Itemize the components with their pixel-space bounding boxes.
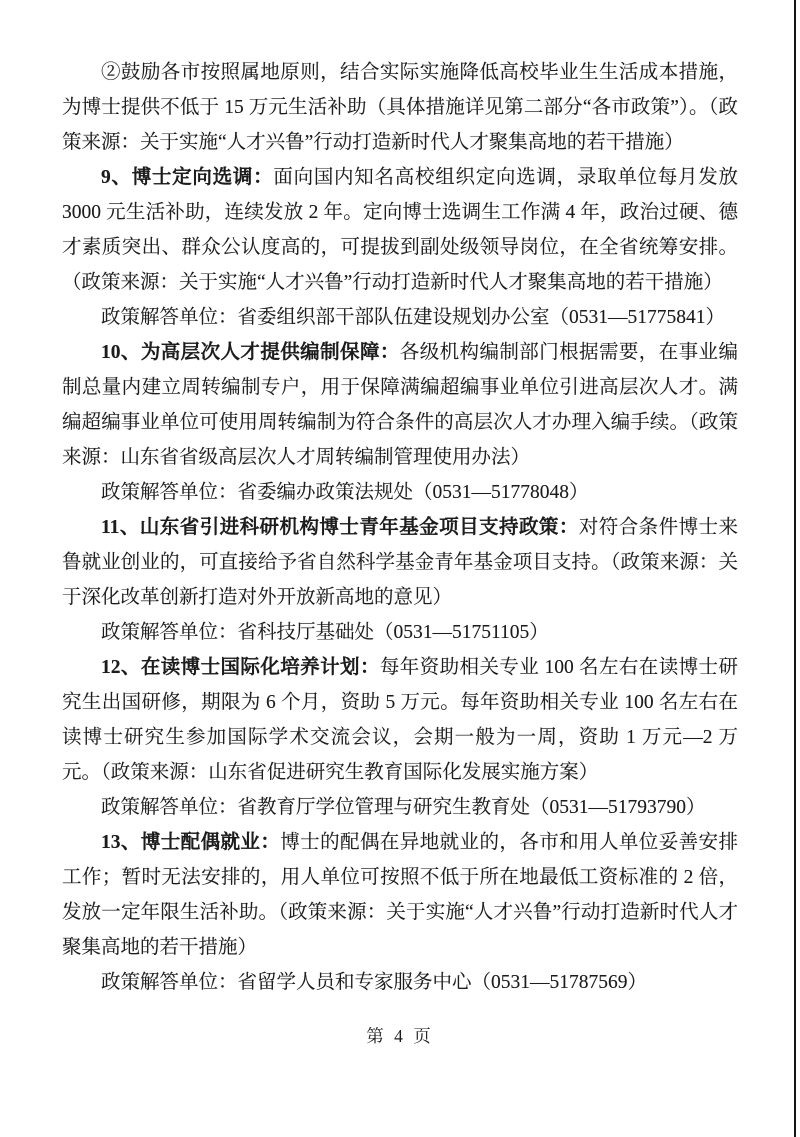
page-number: 第 4 页 [366,1026,434,1046]
paragraph: 政策解答单位：省教育厅学位管理与研究生教育处（0531—51793790） [62,790,738,825]
paragraph-heading: 12、在读博士国际化培养计划： [101,657,380,678]
document-body: ②鼓励各市按照属地原则，结合实际实施降低高校毕业生生活成本措施，为博士提供不低于… [62,55,738,1000]
paragraph: 13、博士配偶就业：博士的配偶在异地就业的，各市和用人单位妥善安排工作；暂时无法… [62,825,738,965]
paragraph: ②鼓励各市按照属地原则，结合实际实施降低高校毕业生生活成本措施，为博士提供不低于… [62,55,738,160]
paragraph-heading: 13、博士配偶就业： [101,832,280,853]
paragraph: 11、山东省引进科研机构博士青年基金项目支持政策：对符合条件博士来鲁就业创业的，… [62,510,738,615]
paragraph: 政策解答单位：省委组织部干部队伍建设规划办公室（0531—51775841） [62,300,738,335]
paragraph: 政策解答单位：省留学人员和专家服务中心（0531—51787569） [62,965,738,1000]
paragraph: 政策解答单位：省委编办政策法规处（0531—51778048） [62,475,738,510]
paragraph: 12、在读博士国际化培养计划：每年资助相关专业 100 名左右在读博士研究生出国… [62,650,738,790]
paragraph-heading: 11、山东省引进科研机构博士青年基金项目支持政策： [101,517,579,538]
paragraph: 9、博士定向选调：面向国内知名高校组织定向选调，录取单位每月发放 3000 元生… [62,160,738,300]
document-page: ②鼓励各市按照属地原则，结合实际实施降低高校毕业生生活成本措施，为博士提供不低于… [0,0,800,1137]
paragraph: 政策解答单位：省科技厅基础处（0531—51751105） [62,615,738,650]
scan-edge-line [794,0,796,1137]
page-footer: 第 4 页 [0,1023,800,1048]
paragraph-heading: 9、博士定向选调： [101,167,273,188]
paragraph-heading: 10、为高层次人才提供编制保障： [101,342,400,363]
paragraph: 10、为高层次人才提供编制保障：各级机构编制部门根据需要，在事业编制总量内建立周… [62,335,738,475]
